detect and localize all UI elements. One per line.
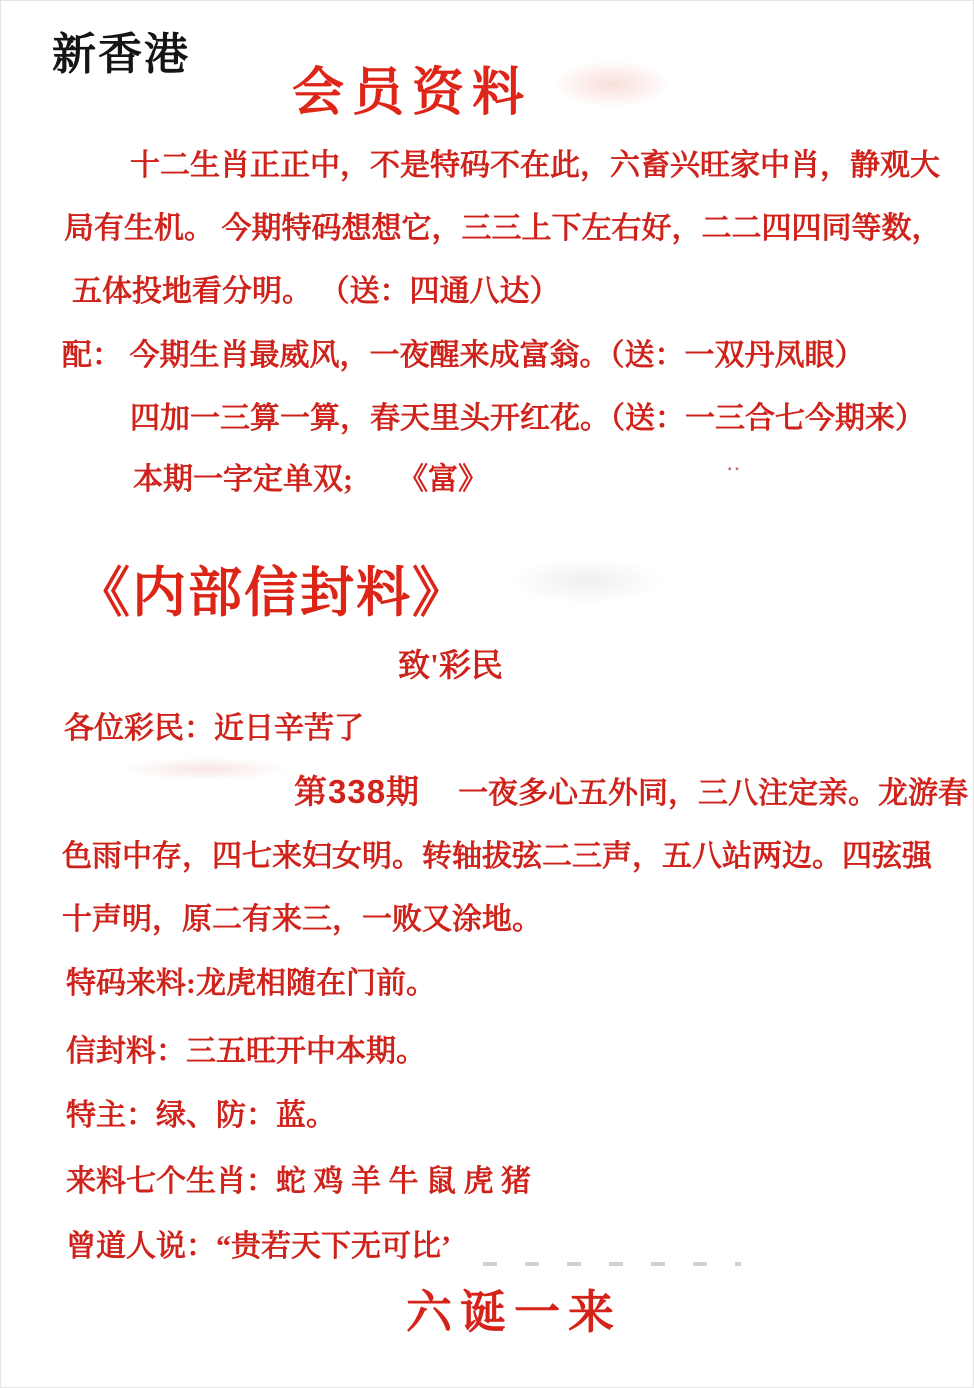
document-page: 新香港 会员资料 十二生肖正正中，不是特码不在此，六畜兴旺家中肖，静观大 局有生… [0,0,974,1388]
greeting-line: 各位彩民：近日辛苦了 [64,703,364,747]
faint-dots: ‥ [726,450,745,476]
tip-colors: 特主：绿、防：蓝。 [66,1090,336,1134]
footer-slogan: 六诞一来 [406,1276,622,1342]
tip-envelope: 信封料：三五旺开中本期。 [66,1026,426,1070]
tip-zodiacs: 来料七个生肖：蛇 鸡 羊 牛 鼠 虎 猪 [66,1156,531,1200]
issue-verse: 一夜多心五外同，三八注定亲。龙游春 [458,777,968,810]
brand-title: 新香港 [52,18,190,82]
issue-line: 第338期一夜多心五外同，三八注定亲。龙游春 [294,766,968,813]
scan-smudge [126,758,286,780]
tip-quote: 曾道人说：“贵若天下无可比’ [66,1221,451,1265]
scan-smudge [512,558,662,604]
member-text-line: 五体投地看分明。 （送：四通八达） [72,266,560,310]
scan-smudge [552,60,672,108]
faint-dash-marks [483,1262,741,1266]
section-heading: 《内部信封料》 [76,550,468,627]
member-text-line: 局有生机。 今期特码想想它，三三上下左右好，二二四四同等数， [64,203,942,247]
member-text-line: 四加一三算一算，春天里头开红花。（送：一三合七今期来） [130,393,925,437]
tip-special-code: 特码来料:龙虎相随在门前。 [66,958,436,1002]
member-text-line: 配： 今期生肖最威风，一夜醒来成富翁。（送：一双丹凤眼） [62,330,865,374]
salutation: 致'彩民 [398,640,503,686]
poem-line: 十声明，原二有来三，一败又涂地。 [62,894,542,938]
issue-number: 第338期 [294,773,420,810]
poem-line: 色雨中存，四七来妇女明。转轴拔弦二三声，五八站两边。四弦强 [62,831,932,875]
page-title: 会员资料 [292,50,532,125]
member-text-line: 本期一字定单双; 《富》 [133,454,488,498]
member-text-line: 十二生肖正正中，不是特码不在此，六畜兴旺家中肖，静观大 [130,140,940,184]
